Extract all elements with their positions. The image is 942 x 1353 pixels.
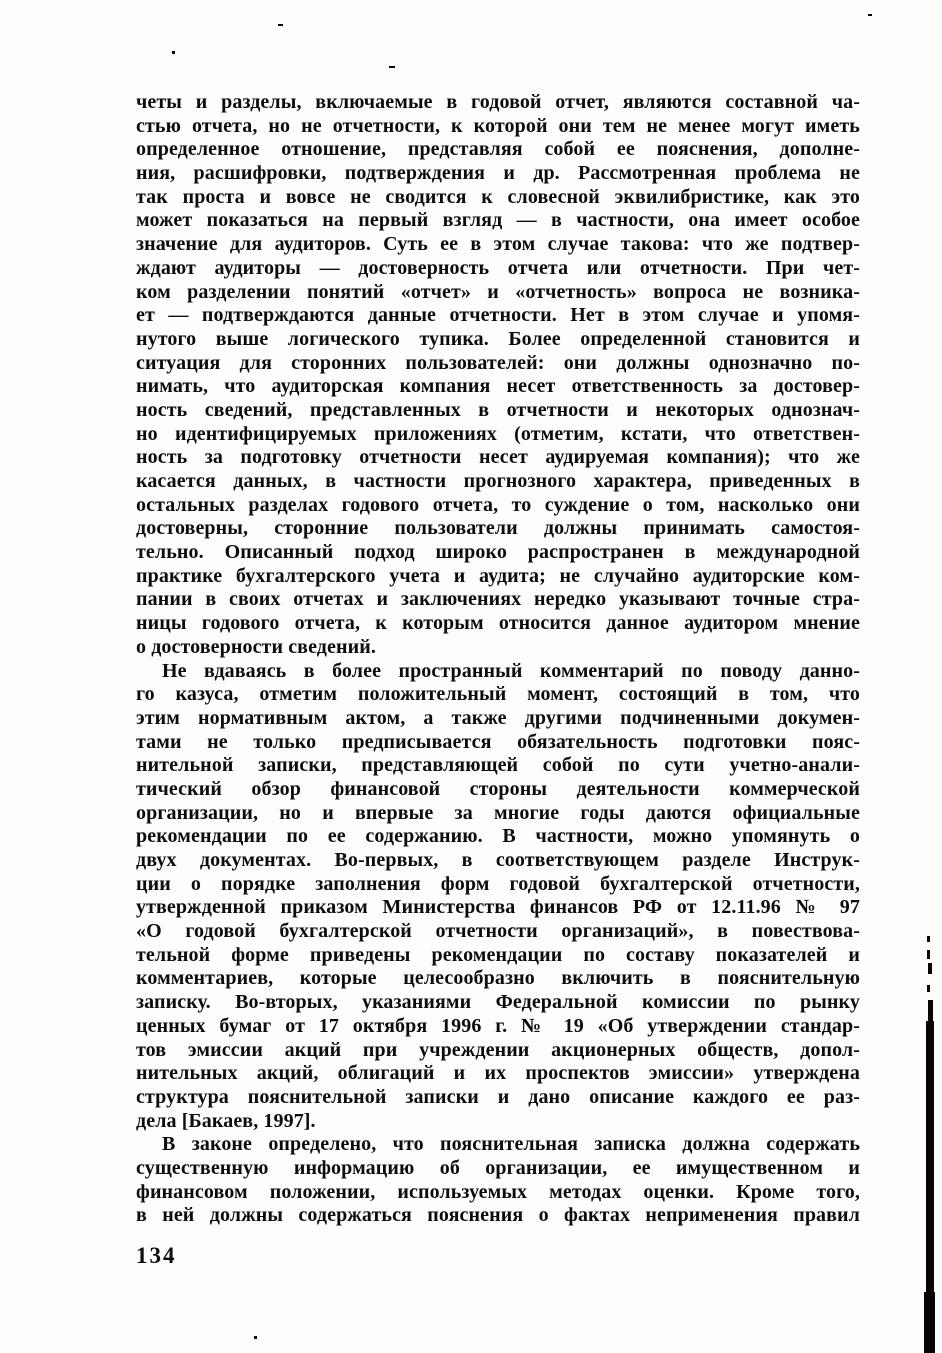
text-line: ницы годового отчета, к которым относитс… (136, 612, 860, 636)
text-line: тов эмиссии акций при учреждении акционе… (136, 1039, 860, 1063)
text-line: остальных разделах годового отчета, то с… (136, 494, 860, 518)
text-line: нимать, что аудиторская компания несет о… (136, 375, 860, 399)
text-line: достоверны, сторонние пользователи должн… (136, 517, 860, 541)
text-line: финансовом положении, используемых метод… (136, 1181, 860, 1205)
text-line: тельно. Описанный подход широко распрост… (136, 541, 860, 565)
book-page: четы и разделы, включаемые в годовой отч… (0, 0, 942, 1353)
text-line: но идентифицируемых приложениях (отметим… (136, 423, 860, 447)
text-line: тельной форме приведены рекомендации по … (136, 944, 860, 968)
text-line: ность сведений, представленных в отчетно… (136, 399, 860, 423)
scan-artifact-bar-foot (924, 1292, 935, 1353)
scan-artifact-dash (927, 985, 930, 992)
text-line: значение для аудиторов. Суть ее в этом с… (136, 233, 860, 257)
text-line: ждают аудиторы — достоверность отчета ил… (136, 257, 860, 281)
text-line: нутого выше логического тупика. Более оп… (136, 328, 860, 352)
text-line: пании в своих отчетах и заключениях нере… (136, 588, 860, 612)
text-line: «О годовой бухгалтерской отчетности орга… (136, 920, 860, 944)
text-line: дела [Бакаев, 1997]. (136, 1110, 860, 1134)
text-line: стью отчета, но не отчетности, к которой… (136, 115, 860, 139)
text-line: о достоверности сведений. (136, 636, 860, 660)
scan-artifact-dash (927, 950, 930, 959)
text-line: записку. Во-вторых, указаниями Федеральн… (136, 991, 860, 1015)
text-line: В законе определено, что пояснительная з… (136, 1133, 860, 1157)
text-line: структура пояснительной записки и дано о… (136, 1086, 860, 1110)
text-line: ситуация для сторонних пользователей: он… (136, 352, 860, 376)
scan-artifact-dash (928, 963, 932, 974)
text-line: нительных акций, облигаций и их проспект… (136, 1062, 860, 1086)
text-line: рекомендации по ее содержанию. В частнос… (136, 825, 860, 849)
text-line: тами не только предписывается обязательн… (136, 731, 860, 755)
text-line: ет — подтверждаются данные отчетности. Н… (136, 304, 860, 328)
scan-speck (868, 14, 872, 16)
paragraph: В законе определено, что пояснительная з… (136, 1133, 860, 1228)
paragraph: Не вдаваясь в более пространный коммента… (136, 660, 860, 1134)
scan-speck (172, 51, 175, 54)
text-line: этим нормативным актом, а также другими … (136, 707, 860, 731)
text-line: практике бухгалтерского учета и аудита; … (136, 565, 860, 589)
scan-artifact-dash (928, 1000, 933, 1021)
text-line: ценных бумаг от 17 октября 1996 г. № 19 … (136, 1015, 860, 1039)
text-line: двух документах. Во-первых, в соответств… (136, 849, 860, 873)
text-line: ком разделении понятий «отчет» и «отчетн… (136, 281, 860, 305)
text-line: комментариев, которые целесообразно вклю… (136, 967, 860, 991)
text-line: ность за подготовку отчетности несет ауд… (136, 446, 860, 470)
text-line: организации, но и впервые за многие годы… (136, 802, 860, 826)
text-block: четы и разделы, включаемые в годовой отч… (136, 91, 860, 1228)
scan-speck (254, 1336, 257, 1339)
paragraph: четы и разделы, включаемые в годовой отч… (136, 91, 860, 660)
text-line: определенное отношение, представляя собо… (136, 138, 860, 162)
text-line: нительной записки, представляющей собой … (136, 754, 860, 778)
scan-artifact-dash (927, 936, 930, 942)
text-line: касается данных, в частности прогнозного… (136, 470, 860, 494)
text-line: четы и разделы, включаемые в годовой отч… (136, 91, 860, 115)
text-line: тический обзор финансовой стороны деятел… (136, 778, 860, 802)
text-line: утвержденной приказом Министерства финан… (136, 896, 860, 920)
text-line: может показаться на первый взгляд — в ча… (136, 209, 860, 233)
text-line: Не вдаваясь в более пространный коммента… (136, 660, 860, 684)
scan-speck (278, 24, 283, 26)
text-line: ции о порядке заполнения форм годовой бу… (136, 873, 860, 897)
text-line: в ней должны содержаться пояснения о фак… (136, 1204, 860, 1228)
text-line: го казуса, отметим положительный момент,… (136, 683, 860, 707)
text-line: существенную информацию об организации, … (136, 1157, 860, 1181)
scan-speck (389, 66, 395, 68)
page-number: 134 (136, 1243, 177, 1269)
text-line: ния, расшифровки, подтверждения и др. Ра… (136, 162, 860, 186)
text-line: так проста и вовсе не сводится к словесн… (136, 186, 860, 210)
